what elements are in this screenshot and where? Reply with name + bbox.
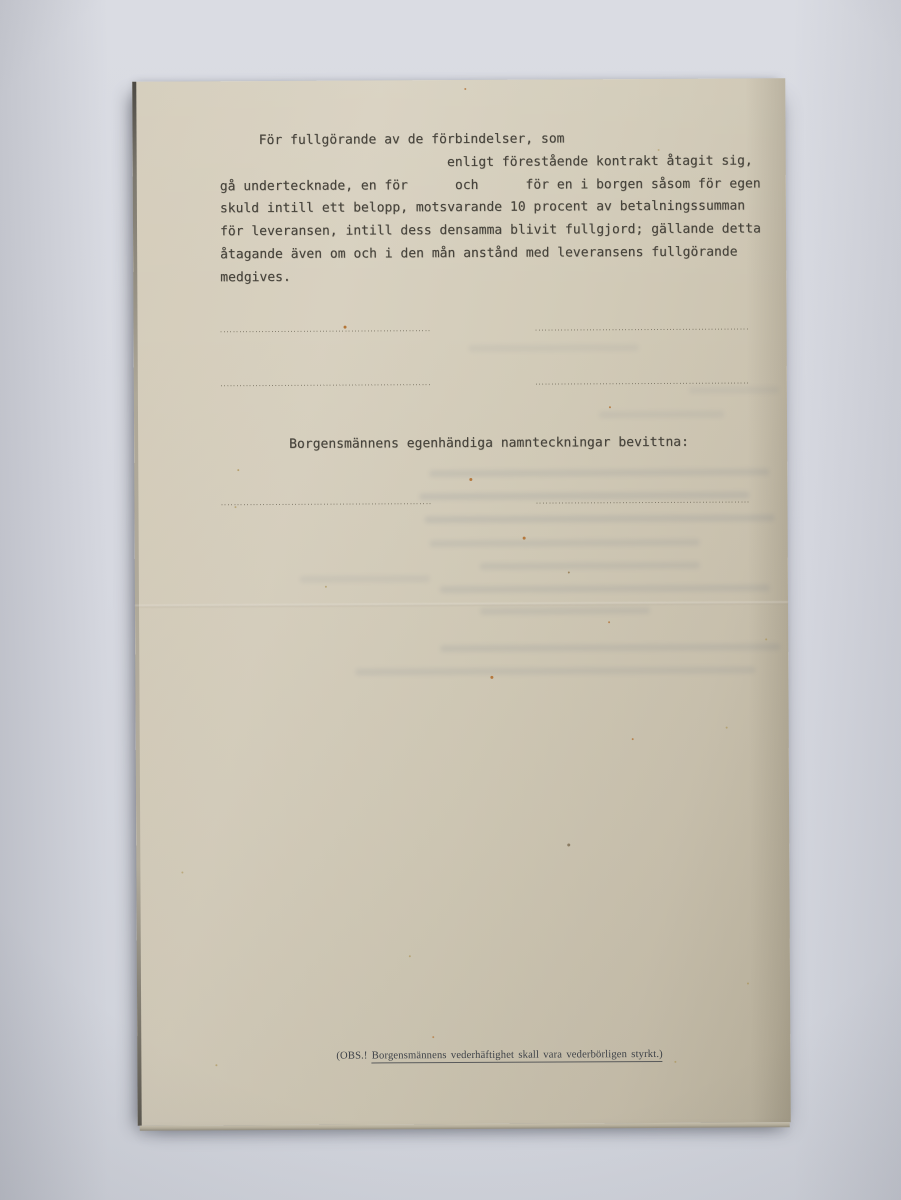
foxing-spot <box>464 88 466 90</box>
witness-heading: Borgensmännens egenhändiga namnteckninga… <box>289 432 689 457</box>
foxing-spot <box>344 326 347 329</box>
bleed-line <box>425 514 775 523</box>
foxing-spot <box>234 506 236 508</box>
signature-line <box>536 382 749 385</box>
foxing-spot <box>181 871 183 873</box>
bleed-line <box>440 584 770 593</box>
witness-signature-line <box>536 501 749 504</box>
foxing-spot <box>726 727 728 729</box>
foxing-spot <box>567 843 570 846</box>
foxing-spot <box>215 1064 217 1066</box>
foxing-spot <box>469 478 472 481</box>
fold-crease <box>135 601 788 607</box>
document-page: För fullgörande av de förbindelser, som … <box>132 78 790 1125</box>
foxing-spot <box>237 469 239 471</box>
typed-line: åtagande även om och i den mån anstånd m… <box>220 241 761 267</box>
footnote-prefix: (OBS.! <box>336 1050 371 1061</box>
bleed-line <box>689 386 779 393</box>
foxing-spot <box>632 738 634 740</box>
footnote: (OBS.! Borgensmännens vederhäftighet ska… <box>336 1049 636 1062</box>
typed-paragraph: För fullgörande av de förbindelser, som … <box>220 127 762 289</box>
typed-line: skuld intill ett belopp, motsvarande 10 … <box>220 196 761 222</box>
foxing-spot <box>325 586 327 588</box>
bleed-line <box>599 411 724 419</box>
signature-line <box>221 384 432 387</box>
footnote-underlined-text: Borgensmännens vederhäftighet skall vara… <box>372 1049 663 1063</box>
bleed-line <box>355 666 755 675</box>
foxing-spot <box>674 1061 676 1063</box>
foxing-spot <box>747 982 749 984</box>
foxing-spot <box>568 571 570 573</box>
typed-line: För fullgörande av de förbindelser, som <box>220 127 761 153</box>
foxing-spot <box>765 638 767 640</box>
bleed-line <box>430 539 700 547</box>
bleed-line <box>469 344 639 352</box>
witness-signature-line <box>221 503 432 506</box>
typed-line: gå undertecknade, en för och för en i bo… <box>220 173 761 199</box>
bleed-line <box>419 491 749 500</box>
bleed-line <box>480 562 700 570</box>
foxing-spot <box>409 955 411 957</box>
foxing-spot <box>523 537 526 540</box>
photo-background: För fullgörande av de förbindelser, som … <box>0 0 901 1200</box>
typed-line: för leveransen, intill dess densamma bli… <box>220 219 761 245</box>
foxing-spot <box>432 1036 434 1038</box>
bleed-line <box>440 643 780 652</box>
foxing-spot <box>609 406 611 408</box>
foxing-spots <box>132 78 785 81</box>
bleed-line <box>429 468 769 477</box>
bleed-line <box>300 575 430 583</box>
foxing-spot <box>490 676 493 679</box>
paper-sheet: För fullgörande av de förbindelser, som … <box>132 78 790 1130</box>
typed-line: medgives. <box>220 264 761 290</box>
foxing-spot <box>658 149 660 151</box>
signature-line <box>221 330 432 333</box>
bleed-line <box>480 607 650 615</box>
signature-line <box>536 328 749 331</box>
bleed-through-text <box>132 78 785 81</box>
foxing-spot <box>608 621 610 623</box>
typed-line: enligt förestående kontrakt åtagit sig, <box>220 150 761 176</box>
